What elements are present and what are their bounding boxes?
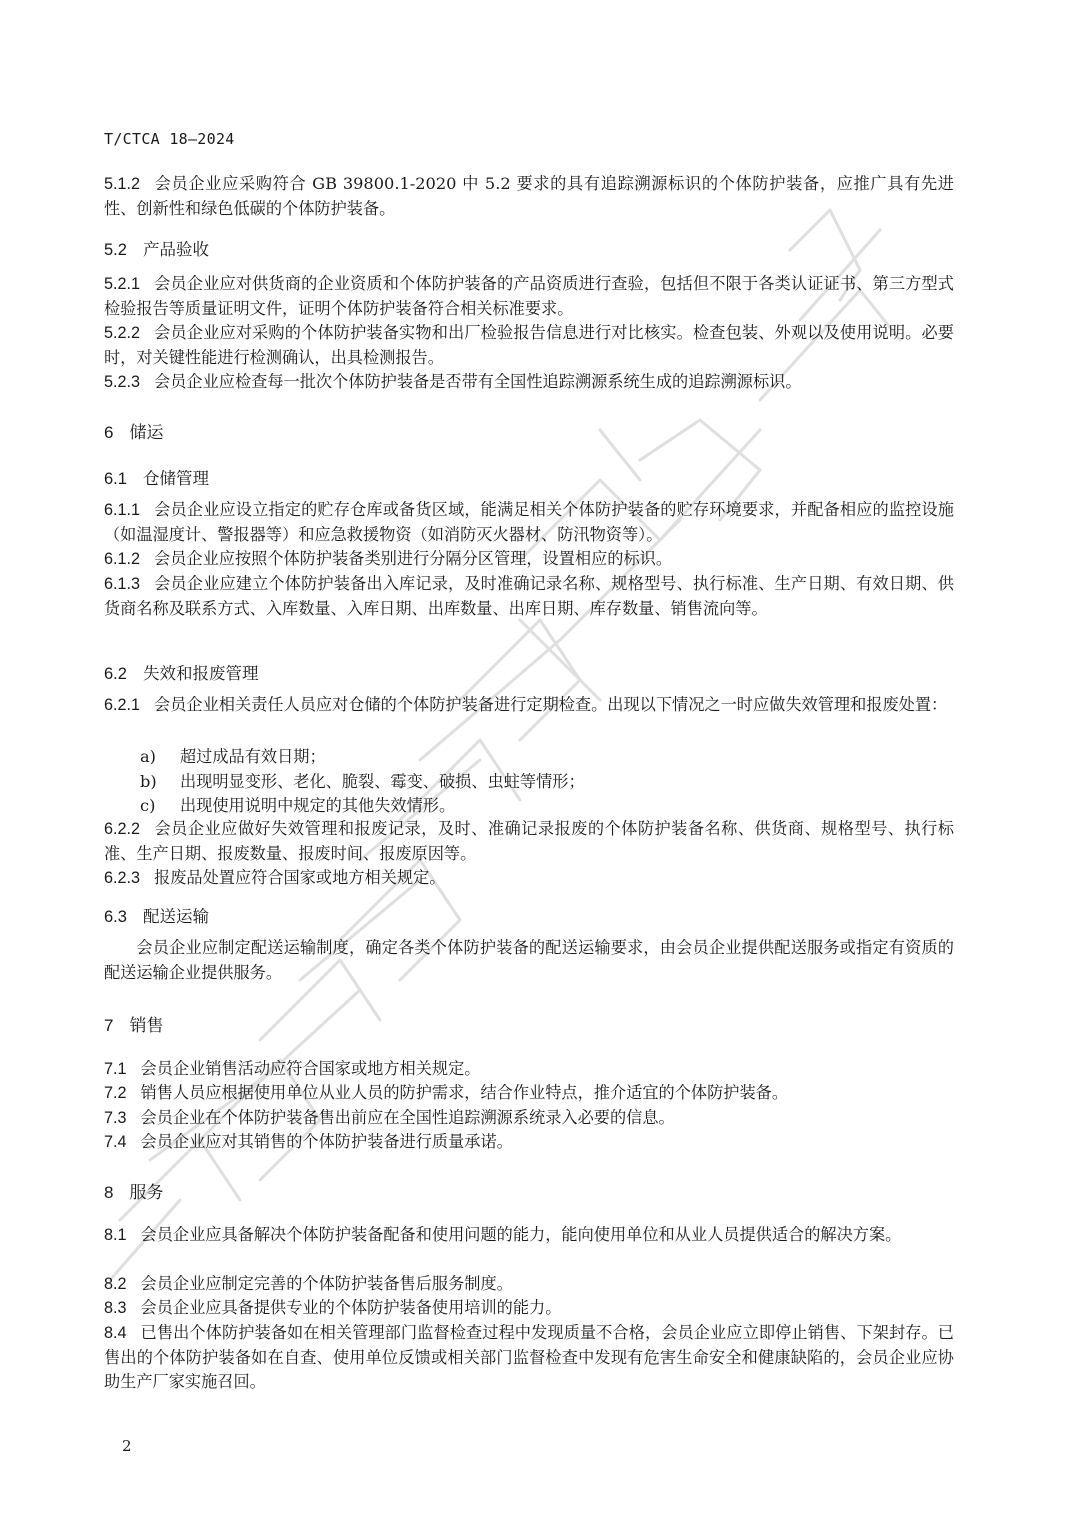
heading-title: 储运 [129,423,163,442]
clause-number: 6.1.3 [104,572,140,597]
heading-6-3: 6.3配送运输 [104,903,209,927]
clause-text: 会员企业在个体防护装备售出前应在全国性追踪溯源系统录入必要的信息。 [141,1108,675,1127]
heading-title: 仓储管理 [143,470,209,488]
clause-6-1-1: 6.1.1会员企业应设立指定的贮存仓库或备货区域，能满足相关个体防护装备的贮存环… [104,498,954,547]
heading-6: 6储运 [104,418,163,443]
clause-6-2-2: 6.2.2会员企业应做好失效管理和报废记录，及时、准确记录报废的个体防护装备名称… [104,817,954,866]
clause-number: 5.2.1 [104,272,140,297]
clause-number: 7.3 [104,1106,127,1131]
clause-5-1-2: 5.1.2会员企业应采购符合 GB 39800.1-2020 中 5.2 要求的… [104,172,954,221]
heading-number: 8 [104,1183,113,1203]
clause-number: 8.2 [104,1272,127,1297]
heading-7: 7销售 [104,1011,163,1036]
heading-number: 6.2 [104,665,127,684]
clause-7-2: 7.2销售人员应根据使用单位从业人员的防护需求，结合作业特点，推介适宜的个体防护… [104,1081,954,1106]
clause-text: 会员企业应具备解决个体防护装备配备和使用问题的能力，能向使用单位和从业人员提供适… [141,1225,902,1244]
clause-number: 7.1 [104,1057,127,1082]
heading-8: 8服务 [104,1178,163,1203]
clause-7-1: 7.1会员企业销售活动应符合国家或地方相关规定。 [104,1057,954,1082]
clause-6-1-3: 6.1.3会员企业应建立个体防护装备出入库记录，及时准确记录名称、规格型号、执行… [104,572,954,621]
clause-7-4: 7.4会员企业应对其销售的个体防护装备进行质量承诺。 [104,1130,954,1155]
heading-6-2: 6.2失效和报废管理 [104,660,258,684]
clause-number: 8.4 [104,1321,127,1346]
clause-7-3: 7.3会员企业在个体防护装备售出前应在全国性追踪溯源系统录入必要的信息。 [104,1106,954,1131]
document-id: T/CTCA 18—2024 [104,130,235,148]
heading-number: 5.2 [104,241,127,260]
clause-number: 6.2.3 [104,866,140,891]
clause-8-2: 8.2会员企业应制定完善的个体防护装备售后服务制度。 [104,1272,954,1297]
clause-8-3: 8.3会员企业应具备提供专业的个体防护装备使用培训的能力。 [104,1296,954,1321]
clause-text: 已售出个体防护装备如在相关管理部门监督检查过程中发现质量不合格，会员企业应立即停… [104,1323,954,1391]
clause-number: 7.2 [104,1081,127,1106]
clause-text: 报废品处置应符合国家或地方相关规定。 [154,868,445,887]
clause-number: 6.2.1 [104,693,140,718]
clause-number: 6.1.2 [104,547,140,572]
clause-number: 5.1.2 [104,172,140,197]
clause-number: 7.4 [104,1130,127,1155]
clause-text: 会员企业应做好失效管理和报废记录，及时、准确记录报废的个体防护装备名称、供货商、… [104,819,954,863]
heading-6-1: 6.1仓储管理 [104,465,209,489]
clause-number: 5.2.3 [104,370,140,395]
clause-text: 会员企业销售活动应符合国家或地方相关规定。 [141,1059,481,1078]
document-page: T/CTCA 18—2024 5.1.2会员企业应采购符合 GB 39800.1… [0,0,1080,1527]
clause-number: 8.3 [104,1296,127,1321]
heading-number: 6 [104,423,113,443]
clause-text: 会员企业相关责任人员应对仓储的个体防护装备进行定期检查。出现以下情况之一时应做失… [154,695,947,714]
list-item-c: c)出现使用说明中规定的其他失效情形。 [140,792,455,816]
clause-5-2-3: 5.2.3会员企业应检查每一批次个体防护装备是否带有全国性追踪溯源系统生成的追踪… [104,370,954,395]
clause-6-2-3: 6.2.3报废品处置应符合国家或地方相关规定。 [104,866,954,891]
clause-text: 会员企业应具备提供专业的个体防护装备使用培训的能力。 [141,1298,562,1317]
clause-number: 5.2.2 [104,321,140,346]
list-text: 超过成品有效日期； [180,747,326,766]
heading-number: 6.1 [104,470,127,489]
clause-8-1: 8.1会员企业应具备解决个体防护装备配备和使用问题的能力，能向使用单位和从业人员… [104,1223,954,1248]
heading-5-2: 5.2产品验收 [104,236,209,260]
clause-8-4: 8.4已售出个体防护装备如在相关管理部门监督检查过程中发现质量不合格，会员企业应… [104,1321,954,1395]
clause-number: 8.1 [104,1223,127,1248]
heading-title: 销售 [129,1016,163,1035]
list-text: 出现使用说明中规定的其他失效情形。 [180,796,455,815]
clause-text: 会员企业应对采购的个体防护装备实物和出厂检验报告信息进行对比核实。检查包装、外观… [104,323,954,367]
list-marker: a) [140,747,180,766]
clause-text: 会员企业应对供货商的企业资质和个体防护装备的产品资质进行查验，包括但不限于各类认… [104,274,954,318]
paragraph-6-3: 会员企业应制定配送运输制度，确定各类个体防护装备的配送运输要求，由会员企业提供配… [104,936,954,985]
clause-text: 会员企业应制定完善的个体防护装备售后服务制度。 [141,1274,513,1293]
list-text: 出现明显变形、老化、脆裂、霉变、破损、虫蛀等情形； [180,772,585,791]
list-item-a: a)超过成品有效日期； [140,743,326,767]
clause-text: 会员企业应设立指定的贮存仓库或备货区域，能满足相关个体防护装备的贮存环境要求，并… [104,500,954,544]
page-number: 2 [122,1437,132,1455]
list-item-b: b)出现明显变形、老化、脆裂、霉变、破损、虫蛀等情形； [140,768,585,792]
list-marker: b) [140,772,180,791]
list-marker: c) [140,796,180,815]
heading-title: 产品验收 [143,241,209,259]
clause-text: 销售人员应根据使用单位从业人员的防护需求，结合作业特点，推介适宜的个体防护装备。 [141,1083,789,1102]
heading-number: 7 [104,1016,113,1036]
clause-text: 会员企业应建立个体防护装备出入库记录，及时准确记录名称、规格型号、执行标准、生产… [104,574,954,618]
heading-title: 服务 [129,1183,163,1202]
clause-text: 会员企业应对其销售的个体防护装备进行质量承诺。 [141,1132,513,1151]
clause-text: 会员企业应按照个体防护装备类别进行分隔分区管理，设置相应的标识。 [154,549,672,568]
clause-number: 6.2.2 [104,817,140,842]
clause-number: 6.1.1 [104,498,140,523]
clause-text: 会员企业应采购符合 GB 39800.1-2020 中 5.2 要求的具有追踪溯… [104,174,954,218]
heading-number: 6.3 [104,908,127,927]
heading-title: 失效和报废管理 [143,665,259,683]
clause-5-2-1: 5.2.1会员企业应对供货商的企业资质和个体防护装备的产品资质进行查验，包括但不… [104,272,954,321]
clause-6-1-2: 6.1.2会员企业应按照个体防护装备类别进行分隔分区管理，设置相应的标识。 [104,547,954,572]
clause-text: 会员企业应检查每一批次个体防护装备是否带有全国性追踪溯源系统生成的追踪溯源标识。 [154,372,802,391]
heading-title: 配送运输 [143,908,209,926]
clause-5-2-2: 5.2.2会员企业应对采购的个体防护装备实物和出厂检验报告信息进行对比核实。检查… [104,321,954,370]
clause-6-2-1: 6.2.1会员企业相关责任人员应对仓储的个体防护装备进行定期检查。出现以下情况之… [104,693,954,718]
